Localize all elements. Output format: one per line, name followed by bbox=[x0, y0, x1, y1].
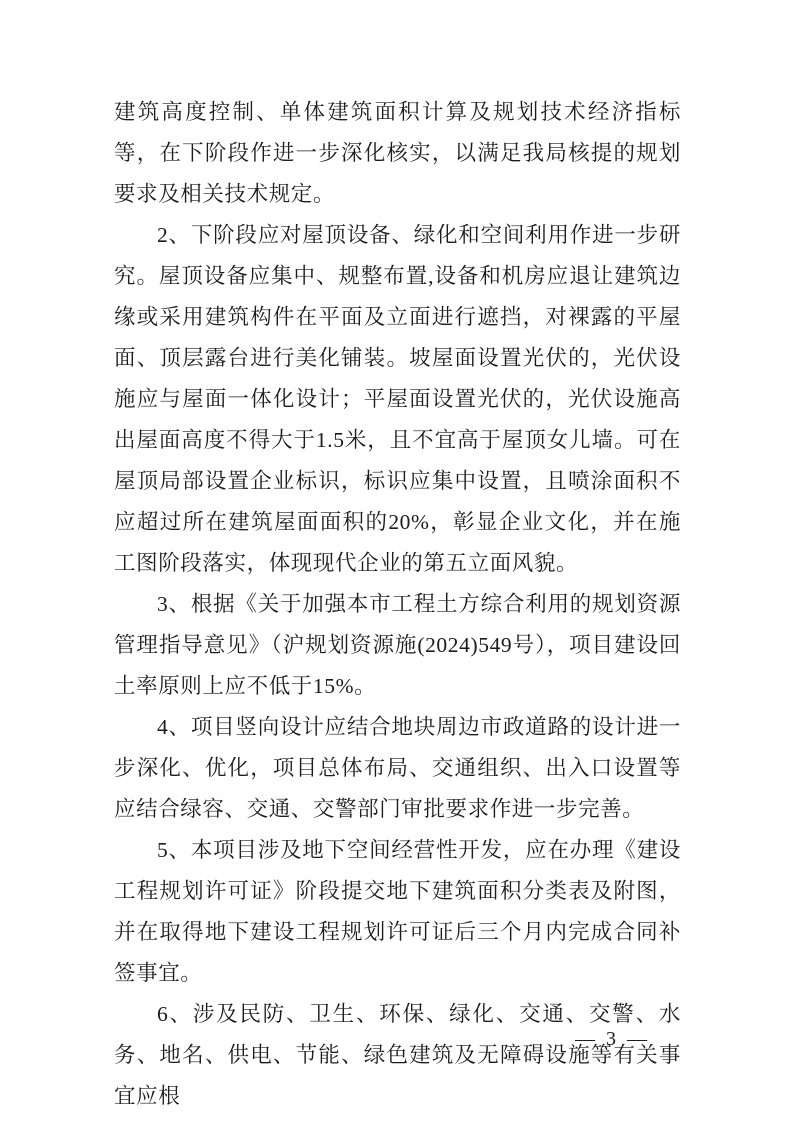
paragraph: 5、本项目涉及地下空间经营性开发，应在办理《建设工程规划许可证》阶段提交地下建筑… bbox=[114, 830, 681, 994]
paragraph: 3、根据《关于加强本市工程土方综合利用的规划资源管理指导意见》（沪规划资源施(2… bbox=[114, 584, 681, 707]
document-body: 建筑高度控制、单体建筑面积计算及规划技术经济指标等，在下阶段作进一步深化核实，以… bbox=[114, 92, 681, 1117]
page-number: — 3 — bbox=[575, 1026, 650, 1052]
paragraph: 2、下阶段应对屋顶设备、绿化和空间利用作进一步研究。屋顶设备应集中、规整布置,设… bbox=[114, 215, 681, 584]
document-page: 建筑高度控制、单体建筑面积计算及规划技术经济指标等，在下阶段作进一步深化核实，以… bbox=[0, 0, 794, 1123]
paragraph: 6、涉及民防、卫生、环保、绿化、交通、交警、水务、地名、供电、节能、绿色建筑及无… bbox=[114, 994, 681, 1117]
paragraph: 4、项目竖向设计应结合地块周边市政道路的设计进一步深化、优化，项目总体布局、交通… bbox=[114, 707, 681, 830]
paragraph: 建筑高度控制、单体建筑面积计算及规划技术经济指标等，在下阶段作进一步深化核实，以… bbox=[114, 92, 681, 215]
